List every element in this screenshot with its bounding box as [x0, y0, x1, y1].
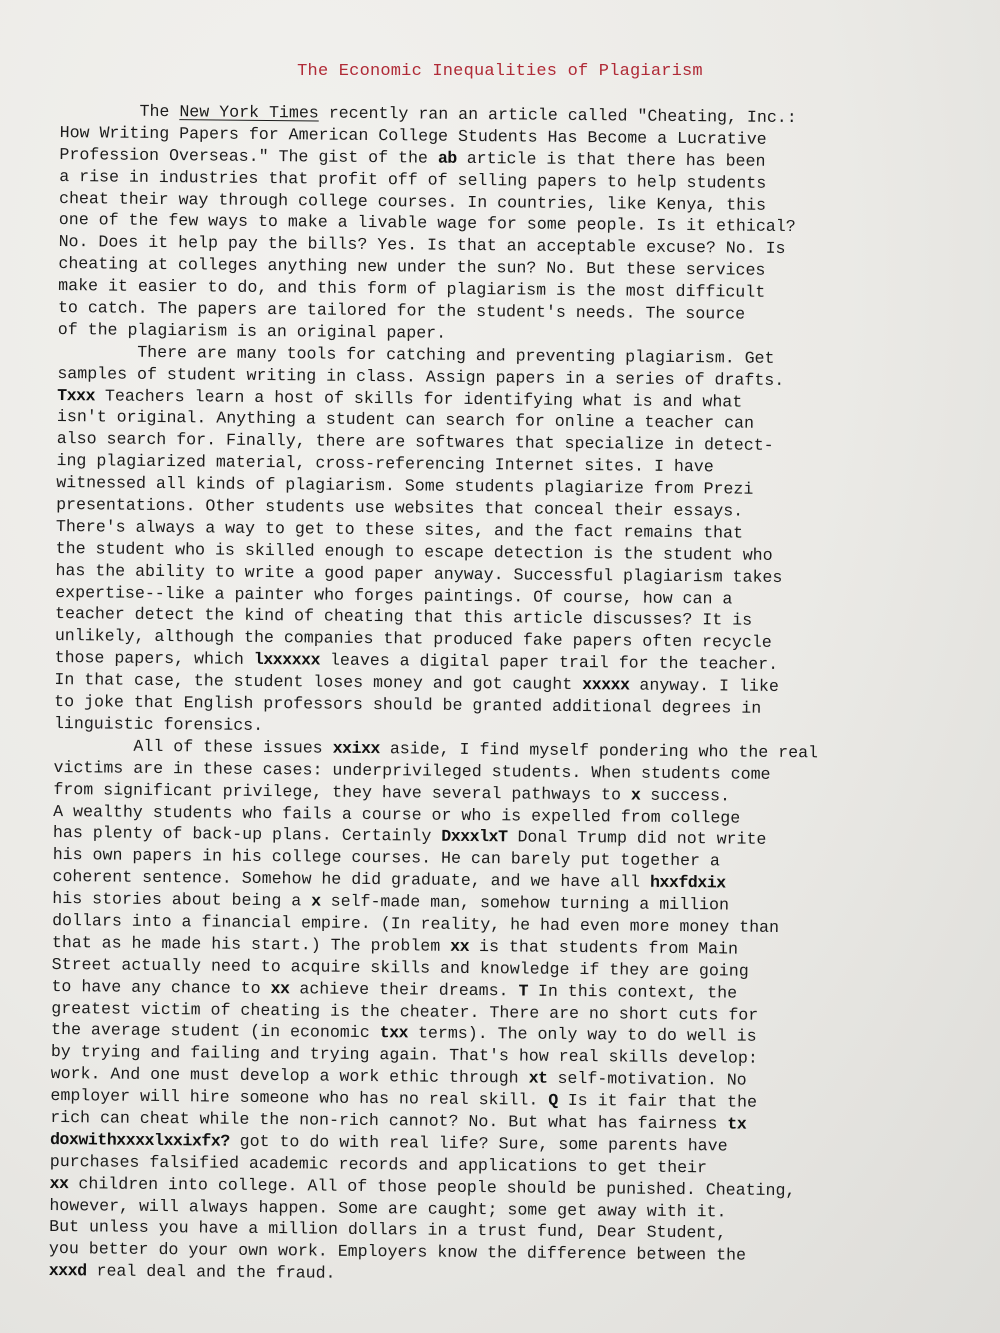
text-segment: terms). The only way to do well is [408, 1024, 757, 1046]
text-segment: the average student (in economic [51, 1020, 380, 1042]
text-segment: Is it fair that the [558, 1091, 757, 1112]
text-segment: The [60, 101, 180, 121]
text-segment: that as he made his start.) The problem [52, 933, 450, 956]
typed-over-text: x [631, 785, 641, 804]
typed-over-text: xt [529, 1069, 548, 1088]
text-segment: has plenty of back-up plans. Certainly [53, 823, 442, 846]
text-segment: self-made man, somehow turning a million [321, 892, 729, 915]
text-segment: All of these issues [54, 736, 333, 758]
typed-over-text: txx [380, 1024, 409, 1043]
typed-over-text: doxwithxxxxlxxixfx? [50, 1130, 230, 1151]
typed-over-text: tx [727, 1114, 746, 1133]
typewritten-page: The Economic Inequalities of Plagiarism … [0, 0, 1000, 1333]
text-segment: his stories about being a [52, 889, 311, 910]
text-segment: In this context, the [528, 981, 737, 1002]
text-segment: is that students from Main [469, 937, 738, 959]
typed-over-text: hxxfdxix [650, 873, 726, 893]
typed-over-text: xxxd [49, 1261, 87, 1280]
text-segment: article is that there has been [457, 149, 766, 171]
typed-over-text: xxixx [333, 738, 380, 757]
text-segment: anyway. I like [629, 676, 779, 696]
typed-over-text: DxxxlxT [441, 827, 507, 847]
typed-over-text: xx [450, 937, 469, 956]
typed-over-text: lxxxxxx [254, 650, 320, 670]
text-segment: linguistic forensics. [54, 714, 263, 735]
document-body: The New York Times recently ran an artic… [49, 100, 960, 1291]
typed-over-text: xx [50, 1174, 69, 1193]
text-segment: to have any chance to [51, 977, 270, 998]
typed-over-text: Txxx [57, 386, 95, 405]
text-segment: self-motivation. No [547, 1069, 746, 1090]
typed-over-text: xxxxx [582, 675, 629, 694]
text-segment: work. And one must develop a work ethic … [51, 1064, 529, 1088]
typed-over-text: xx [270, 979, 289, 998]
text-segment: leaves a digital paper trail for the tea… [320, 651, 778, 674]
text-segment: real deal and the fraud. [87, 1262, 336, 1283]
typed-over-text: ab [438, 148, 457, 167]
text-segment: of the plagiarism is an original paper. [58, 320, 447, 343]
text-segment: achieve their dreams. [289, 979, 518, 1000]
text-segment: employer will hire someone who has no re… [50, 1086, 548, 1110]
text-segment: Profession Overseas." The gist of the [59, 145, 438, 168]
text-segment: recently ran an article called "Cheating… [319, 103, 797, 127]
typed-over-text: T [518, 981, 528, 1000]
document-title: The Economic Inequalities of Plagiarism [0, 62, 1000, 81]
text-segment: In that case, the student loses money an… [54, 670, 582, 694]
text-segment: got to do with real life? Sure, some par… [230, 1132, 728, 1156]
underlined-title-reference: New York Times [179, 102, 319, 122]
text-segment: Donal Trump did not write [507, 828, 766, 849]
text-segment: success. [640, 785, 730, 805]
text-segment: from significant privilege, they have se… [53, 780, 631, 805]
text-segment: aside, I find myself pondering who the r… [380, 739, 818, 762]
text-segment: those papers, which [55, 648, 254, 669]
